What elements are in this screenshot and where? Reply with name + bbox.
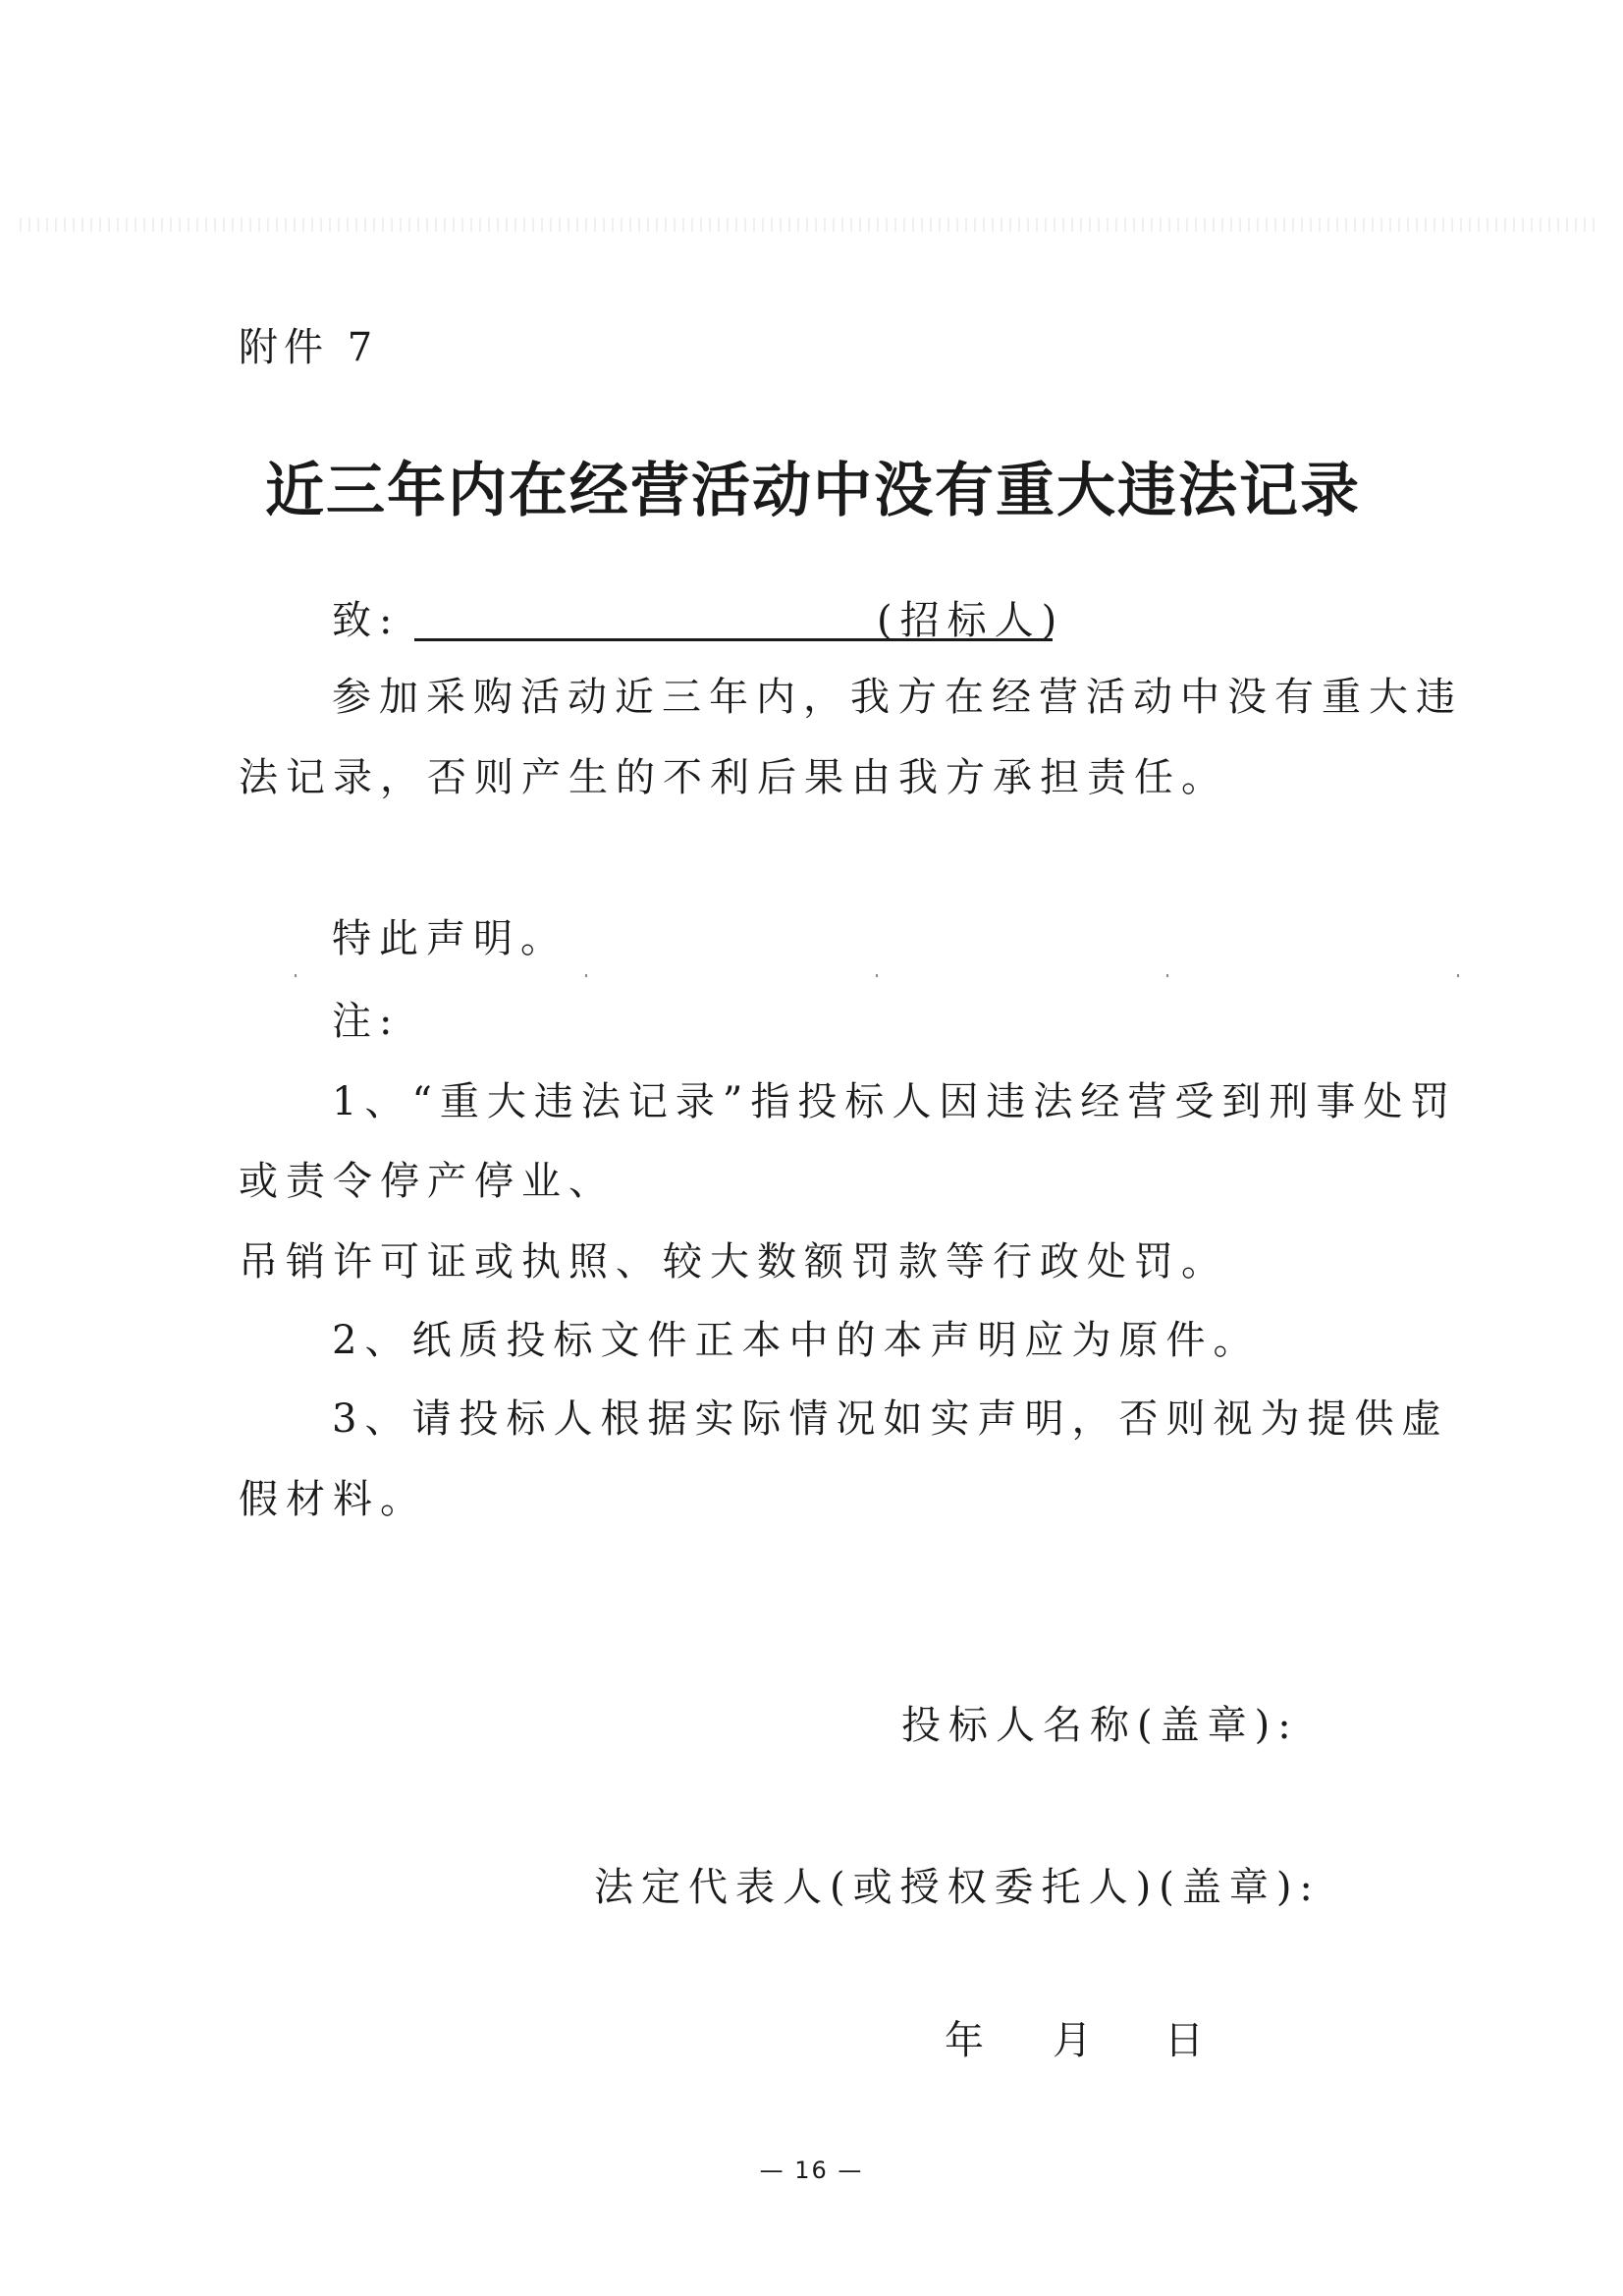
- note-1-line-1: 1、“重大违法记录”指投标人因违法经营受到刑事处罚: [332, 1082, 1457, 1121]
- note-1-line-3: 吊销许可证或执照、较大数额罚款等行政处罚。: [239, 1242, 1228, 1282]
- note-2: 2、纸质投标文件正本中的本声明应为原件。: [332, 1321, 1260, 1360]
- addressee-suffix: (招标人): [877, 601, 1064, 640]
- document-title: 近三年内在经营活动中没有重大违法记录: [265, 444, 1361, 528]
- date-month-label: 月: [1053, 2021, 1100, 2060]
- declaration: 特此声明。: [332, 919, 568, 958]
- note-3-line-2: 假材料。: [239, 1480, 427, 1519]
- date-day-label: 日: [1164, 2021, 1212, 2060]
- notes-label: 注:: [332, 1002, 400, 1041]
- scan-dot-artifacts: [295, 974, 1473, 977]
- addressee-prefix: 致:: [332, 601, 400, 640]
- note-3-line-1: 3、请投标人根据实际情况如实声明，否则视为提供虚: [332, 1399, 1448, 1439]
- scan-artifact-strip: [20, 218, 1600, 232]
- note-1-line-2: 或责令停产停业、: [239, 1162, 616, 1201]
- statement-paragraph-line-1: 参加采购活动近三年内，我方在经营活动中没有重大违: [332, 678, 1463, 717]
- page-number: — 16 —: [0, 2157, 1623, 2184]
- statement-paragraph-line-2: 法记录，否则产生的不利后果由我方承担责任。: [239, 758, 1228, 797]
- legal-representative-signature-label: 法定代表人(或授权委托人)(盖章):: [594, 1868, 1321, 1907]
- bidder-name-signature-label: 投标人名称(盖章):: [901, 1706, 1299, 1745]
- date-year-label: 年: [945, 2021, 992, 2060]
- attachment-label: 附件 7: [239, 316, 378, 372]
